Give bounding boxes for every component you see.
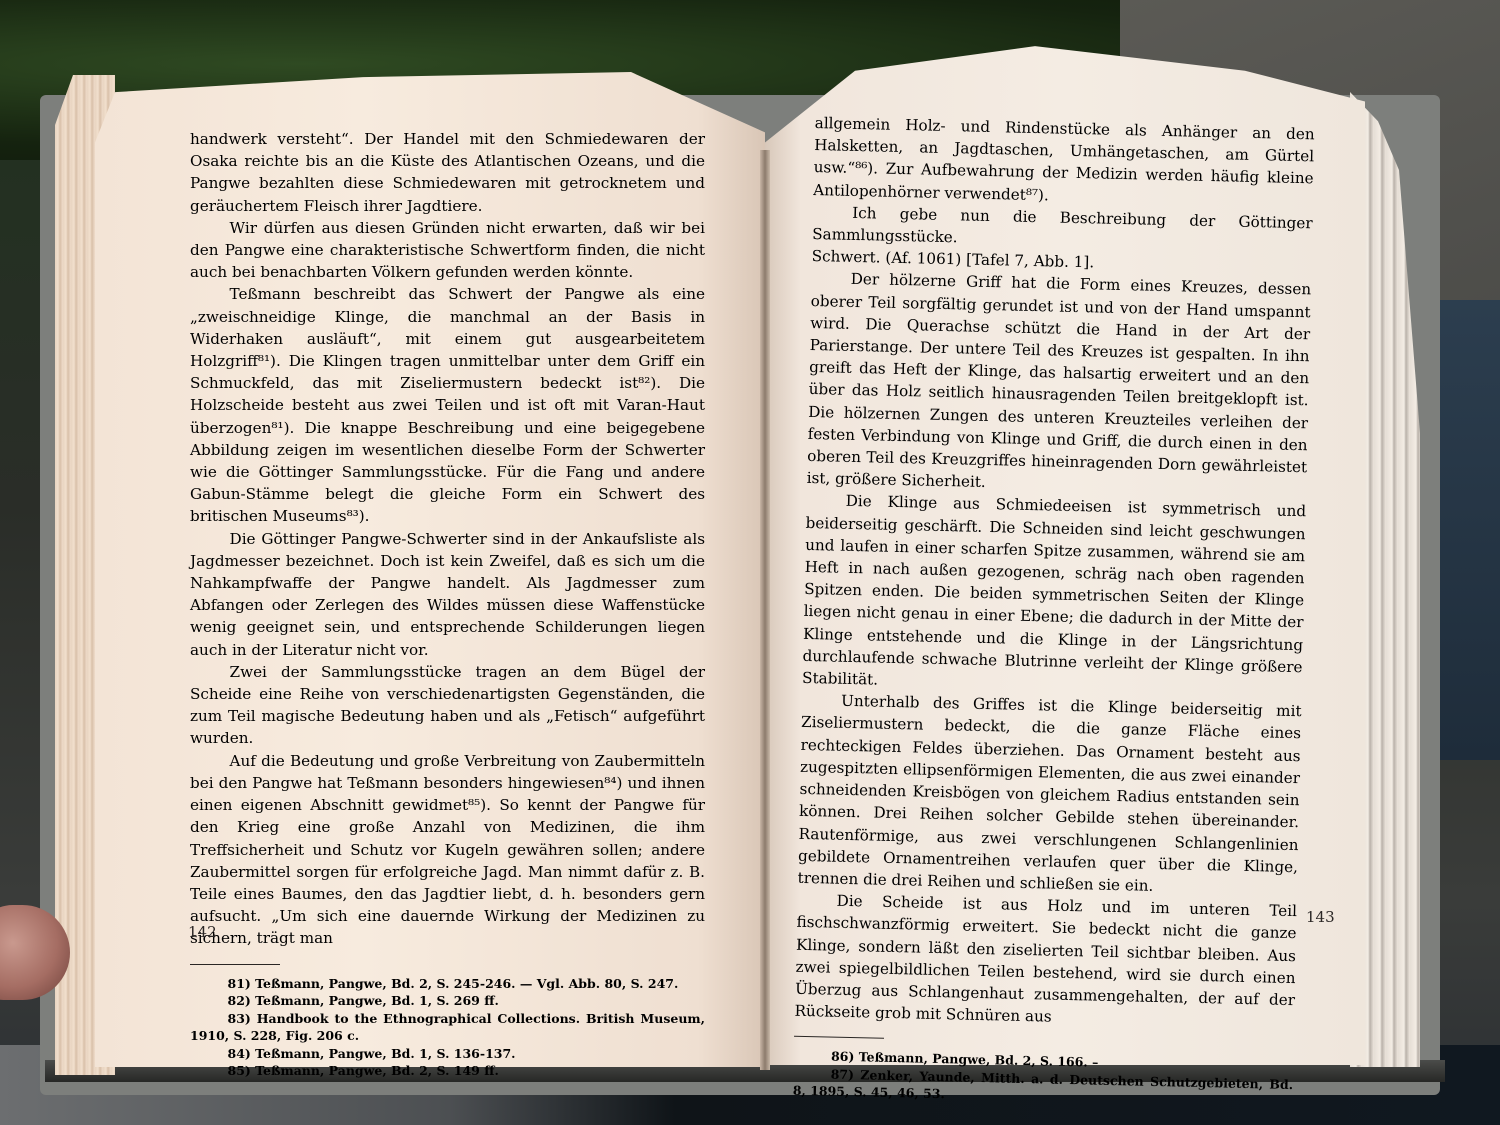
right-page-text: allgemein Holz- und Rindenstücke als Anh… — [793, 112, 1315, 1111]
footnote-divider — [190, 964, 280, 965]
paragraph: Zwei der Sammlungsstücke tragen an dem B… — [190, 661, 705, 750]
book-gutter — [760, 150, 770, 1070]
footnote: 85) Teßmann, Pangwe, Bd. 2, S. 149 ff. — [190, 1062, 705, 1080]
footnote: 84) Teßmann, Pangwe, Bd. 1, S. 136-137. — [190, 1045, 705, 1063]
page-number: 143 — [1306, 908, 1335, 926]
footnotes: 81) Teßmann, Pangwe, Bd. 2, S. 245-246. … — [190, 975, 705, 1080]
paragraph: Die Scheide ist aus Holz und im unteren … — [794, 889, 1297, 1034]
paragraph: Die Göttinger Pangwe-Schwerter sind in d… — [190, 528, 705, 661]
footnote: 81) Teßmann, Pangwe, Bd. 2, S. 245-246. … — [190, 975, 705, 993]
left-page-text: handwerk versteht“. Der Handel mit den S… — [190, 128, 705, 1080]
paragraph: Auf die Bedeutung und große Verbreitung … — [190, 750, 705, 950]
page-number: 142 — [188, 923, 217, 941]
paragraph: Die Klinge aus Schmiedeeisen ist symmetr… — [802, 489, 1306, 700]
paragraph: allgemein Holz- und Rindenstücke als Anh… — [813, 112, 1315, 212]
paragraph: Unterhalb des Griffes ist die Klinge bei… — [797, 689, 1301, 900]
footnote-divider — [794, 1036, 884, 1039]
footnote: 83) Handbook to the Ethnographical Colle… — [190, 1010, 705, 1045]
paragraph: Teßmann beschreibt das Schwert der Pangw… — [190, 283, 705, 527]
paragraph: handwerk versteht“. Der Handel mit den S… — [190, 128, 705, 217]
paragraph: Der hölzerne Griff hat die Form eines Kr… — [806, 267, 1311, 500]
footnote: 82) Teßmann, Pangwe, Bd. 1, S. 269 ff. — [190, 992, 705, 1010]
paragraph: Wir dürfen aus diesen Gründen nicht erwa… — [190, 217, 705, 284]
